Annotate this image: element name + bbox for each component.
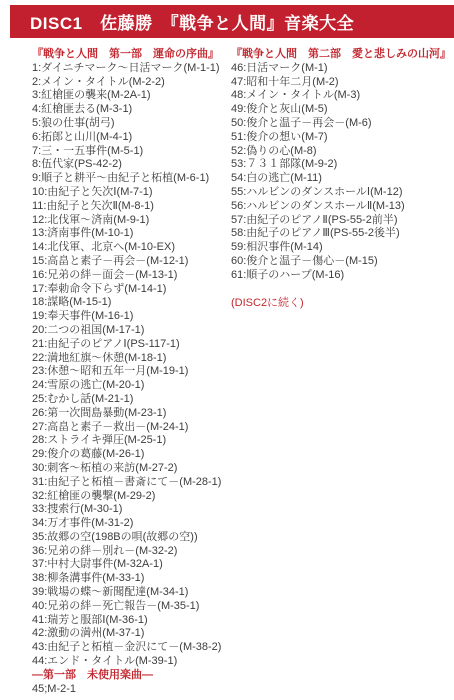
track-item: 59:相沢事件(M-14) xyxy=(231,241,454,255)
track-item: 1:ダイニチマーク〜日活マーク(M-1-1) xyxy=(32,62,231,76)
track-item: 33:捜索行(M-30-1) xyxy=(32,503,231,517)
tracklist-page: DISC1 佐藤勝 『戦争と人間』音楽大全 『戦争と人間 第一部 運命の序曲』 … xyxy=(0,0,454,700)
track-item: 53:７３１部隊(M-9-2) xyxy=(231,158,454,172)
track-item: 45;M-2-1 xyxy=(32,683,231,697)
track-item: 16:兄弟の絆－面会－(M-13-1) xyxy=(32,269,231,283)
track-item: 32:紅槍匪の襲撃(M-29-2) xyxy=(32,490,231,504)
part2-header: 『戦争と人間 第二部 愛と悲しみの山河』 xyxy=(231,48,454,62)
track-item: 3:紅槍匪の襲来(M-2A-1) xyxy=(32,89,231,103)
track-item: 12:北伐軍〜済南(M-9-1) xyxy=(32,214,231,228)
track-item: 26:第一次間島暴動(M-23-1) xyxy=(32,407,231,421)
track-item: 58:由紀子のピアノⅢ(PS-55-2後半) xyxy=(231,227,454,241)
track-item: 61:順子のハープ(M-16) xyxy=(231,269,454,283)
track-item: 49:俊介と灰山(M-5) xyxy=(231,103,454,117)
track-item: 10:由紀子と矢次Ⅰ(M-7-1) xyxy=(32,186,231,200)
track-item: 50:俊介と温子－再会－(M-6) xyxy=(231,117,454,131)
part1-unused-section-label: ―第一部 未使用楽曲― xyxy=(32,669,231,683)
part2-track-list: 46:日活マーク(M-1)47:昭和十年二月(M-2)48:メイン・タイトル(M… xyxy=(231,62,454,283)
track-item: 5:狼の仕事(胡弓) xyxy=(32,117,231,131)
track-item: 7:三・一五事件(M-5-1) xyxy=(32,145,231,159)
track-item: 60:俊介と温子－傷心－(M-15) xyxy=(231,255,454,269)
track-item: 11:由紀子と矢次Ⅱ(M-8-1) xyxy=(32,200,231,214)
track-item: 13:済南事件(M-10-1) xyxy=(32,227,231,241)
track-item: 54:白の逃亡(M-11) xyxy=(231,172,454,186)
track-item: 25:むかし話(M-21-1) xyxy=(32,393,231,407)
track-item: 39:戦場の蝶〜新聞配達(M-34-1) xyxy=(32,586,231,600)
track-columns: 『戦争と人間 第一部 運命の序曲』 1:ダイニチマーク〜日活マーク(M-1-1)… xyxy=(32,48,454,696)
part1-column: 『戦争と人間 第一部 運命の序曲』 1:ダイニチマーク〜日活マーク(M-1-1)… xyxy=(32,48,231,696)
part1-unused-track-list: 45;M-2-1 xyxy=(32,683,231,697)
track-item: 57:由紀子のピアノⅡ(PS-55-2前半) xyxy=(231,214,454,228)
track-item: 9:順子と耕平〜由紀子と柘植(M-6-1) xyxy=(32,172,231,186)
track-item: 15:高畠と素子－再会－(M-12-1) xyxy=(32,255,231,269)
part1-track-list: 1:ダイニチマーク〜日活マーク(M-1-1)2:メイン・タイトル(M-2-2)3… xyxy=(32,62,231,669)
track-item: 22:満地紅旗〜休憩(M-18-1) xyxy=(32,352,231,366)
part2-column: 『戦争と人間 第二部 愛と悲しみの山河』 46:日活マーク(M-1)47:昭和十… xyxy=(231,48,454,696)
track-item: 8:伍代家(PS-42-2) xyxy=(32,158,231,172)
track-item: 51:俊介の想い(M-7) xyxy=(231,131,454,145)
track-item: 27:高畠と素子－救出－(M-24-1) xyxy=(32,421,231,435)
track-item: 23:休憩〜昭和五年一月(M-19-1) xyxy=(32,365,231,379)
track-item: 44:エンド・タイトル(M-39-1) xyxy=(32,655,231,669)
track-item: 14:北伐軍、北京へ(M-10-EX) xyxy=(32,241,231,255)
track-item: 17:奉勅命令下らず(M-14-1) xyxy=(32,283,231,297)
track-item: 56:ハルビンのダンスホールⅡ(M-13) xyxy=(231,200,454,214)
track-item: 31:由紀子と柘植－書斎にて－(M-28-1) xyxy=(32,476,231,490)
track-item: 46:日活マーク(M-1) xyxy=(231,62,454,76)
track-item: 19:奉天事件(M-16-1) xyxy=(32,310,231,324)
track-item: 20:二つの祖国(M-17-1) xyxy=(32,324,231,338)
track-item: 37:中村大尉事件(M-32A-1) xyxy=(32,558,231,572)
track-item: 36:兄弟の絆－別れ－(M-32-2) xyxy=(32,545,231,559)
disc2-continuation-note: (DISC2に続く) xyxy=(231,297,454,311)
track-item: 4:紅槍匪去る(M-3-1) xyxy=(32,103,231,117)
track-item: 52:偽りの心(M-8) xyxy=(231,145,454,159)
track-item: 48:メイン・タイトル(M-3) xyxy=(231,89,454,103)
track-item: 47:昭和十年二月(M-2) xyxy=(231,76,454,90)
track-item: 42:激動の満州(M-37-1) xyxy=(32,627,231,641)
disc-title: DISC1 佐藤勝 『戦争と人間』音楽大全 xyxy=(30,9,354,34)
track-item: 21:由紀子のピアノⅠ(PS-117-1) xyxy=(32,338,231,352)
track-item: 24:雪原の逃亡(M-20-1) xyxy=(32,379,231,393)
track-item: 29:俊介の葛藤(M-26-1) xyxy=(32,448,231,462)
track-item: 35:故郷の空(198Bの唄(故郷の空)) xyxy=(32,531,231,545)
track-item: 6:拓郎と山川(M-4-1) xyxy=(32,131,231,145)
track-item: 2:メイン・タイトル(M-2-2) xyxy=(32,76,231,90)
track-item: 55:ハルビンのダンスホールⅠ(M-12) xyxy=(231,186,454,200)
track-item: 41:瑞芳と服部Ⅰ(M-36-1) xyxy=(32,614,231,628)
track-item: 30:刺客〜柘植の来訪(M-27-2) xyxy=(32,462,231,476)
part1-header: 『戦争と人間 第一部 運命の序曲』 xyxy=(32,48,231,62)
track-item: 40:兄弟の絆－死亡報告－(M-35-1) xyxy=(32,600,231,614)
disc-title-banner: DISC1 佐藤勝 『戦争と人間』音楽大全 xyxy=(10,5,454,38)
track-item: 28:ストライキ弾圧(M-25-1) xyxy=(32,434,231,448)
track-item: 43:由紀子と柘植－金沢にて－(M-38-2) xyxy=(32,641,231,655)
track-item: 38:柳条溝事件(M-33-1) xyxy=(32,572,231,586)
track-item: 18:謀略(M-15-1) xyxy=(32,296,231,310)
track-item: 34:万才事件(M-31-2) xyxy=(32,517,231,531)
